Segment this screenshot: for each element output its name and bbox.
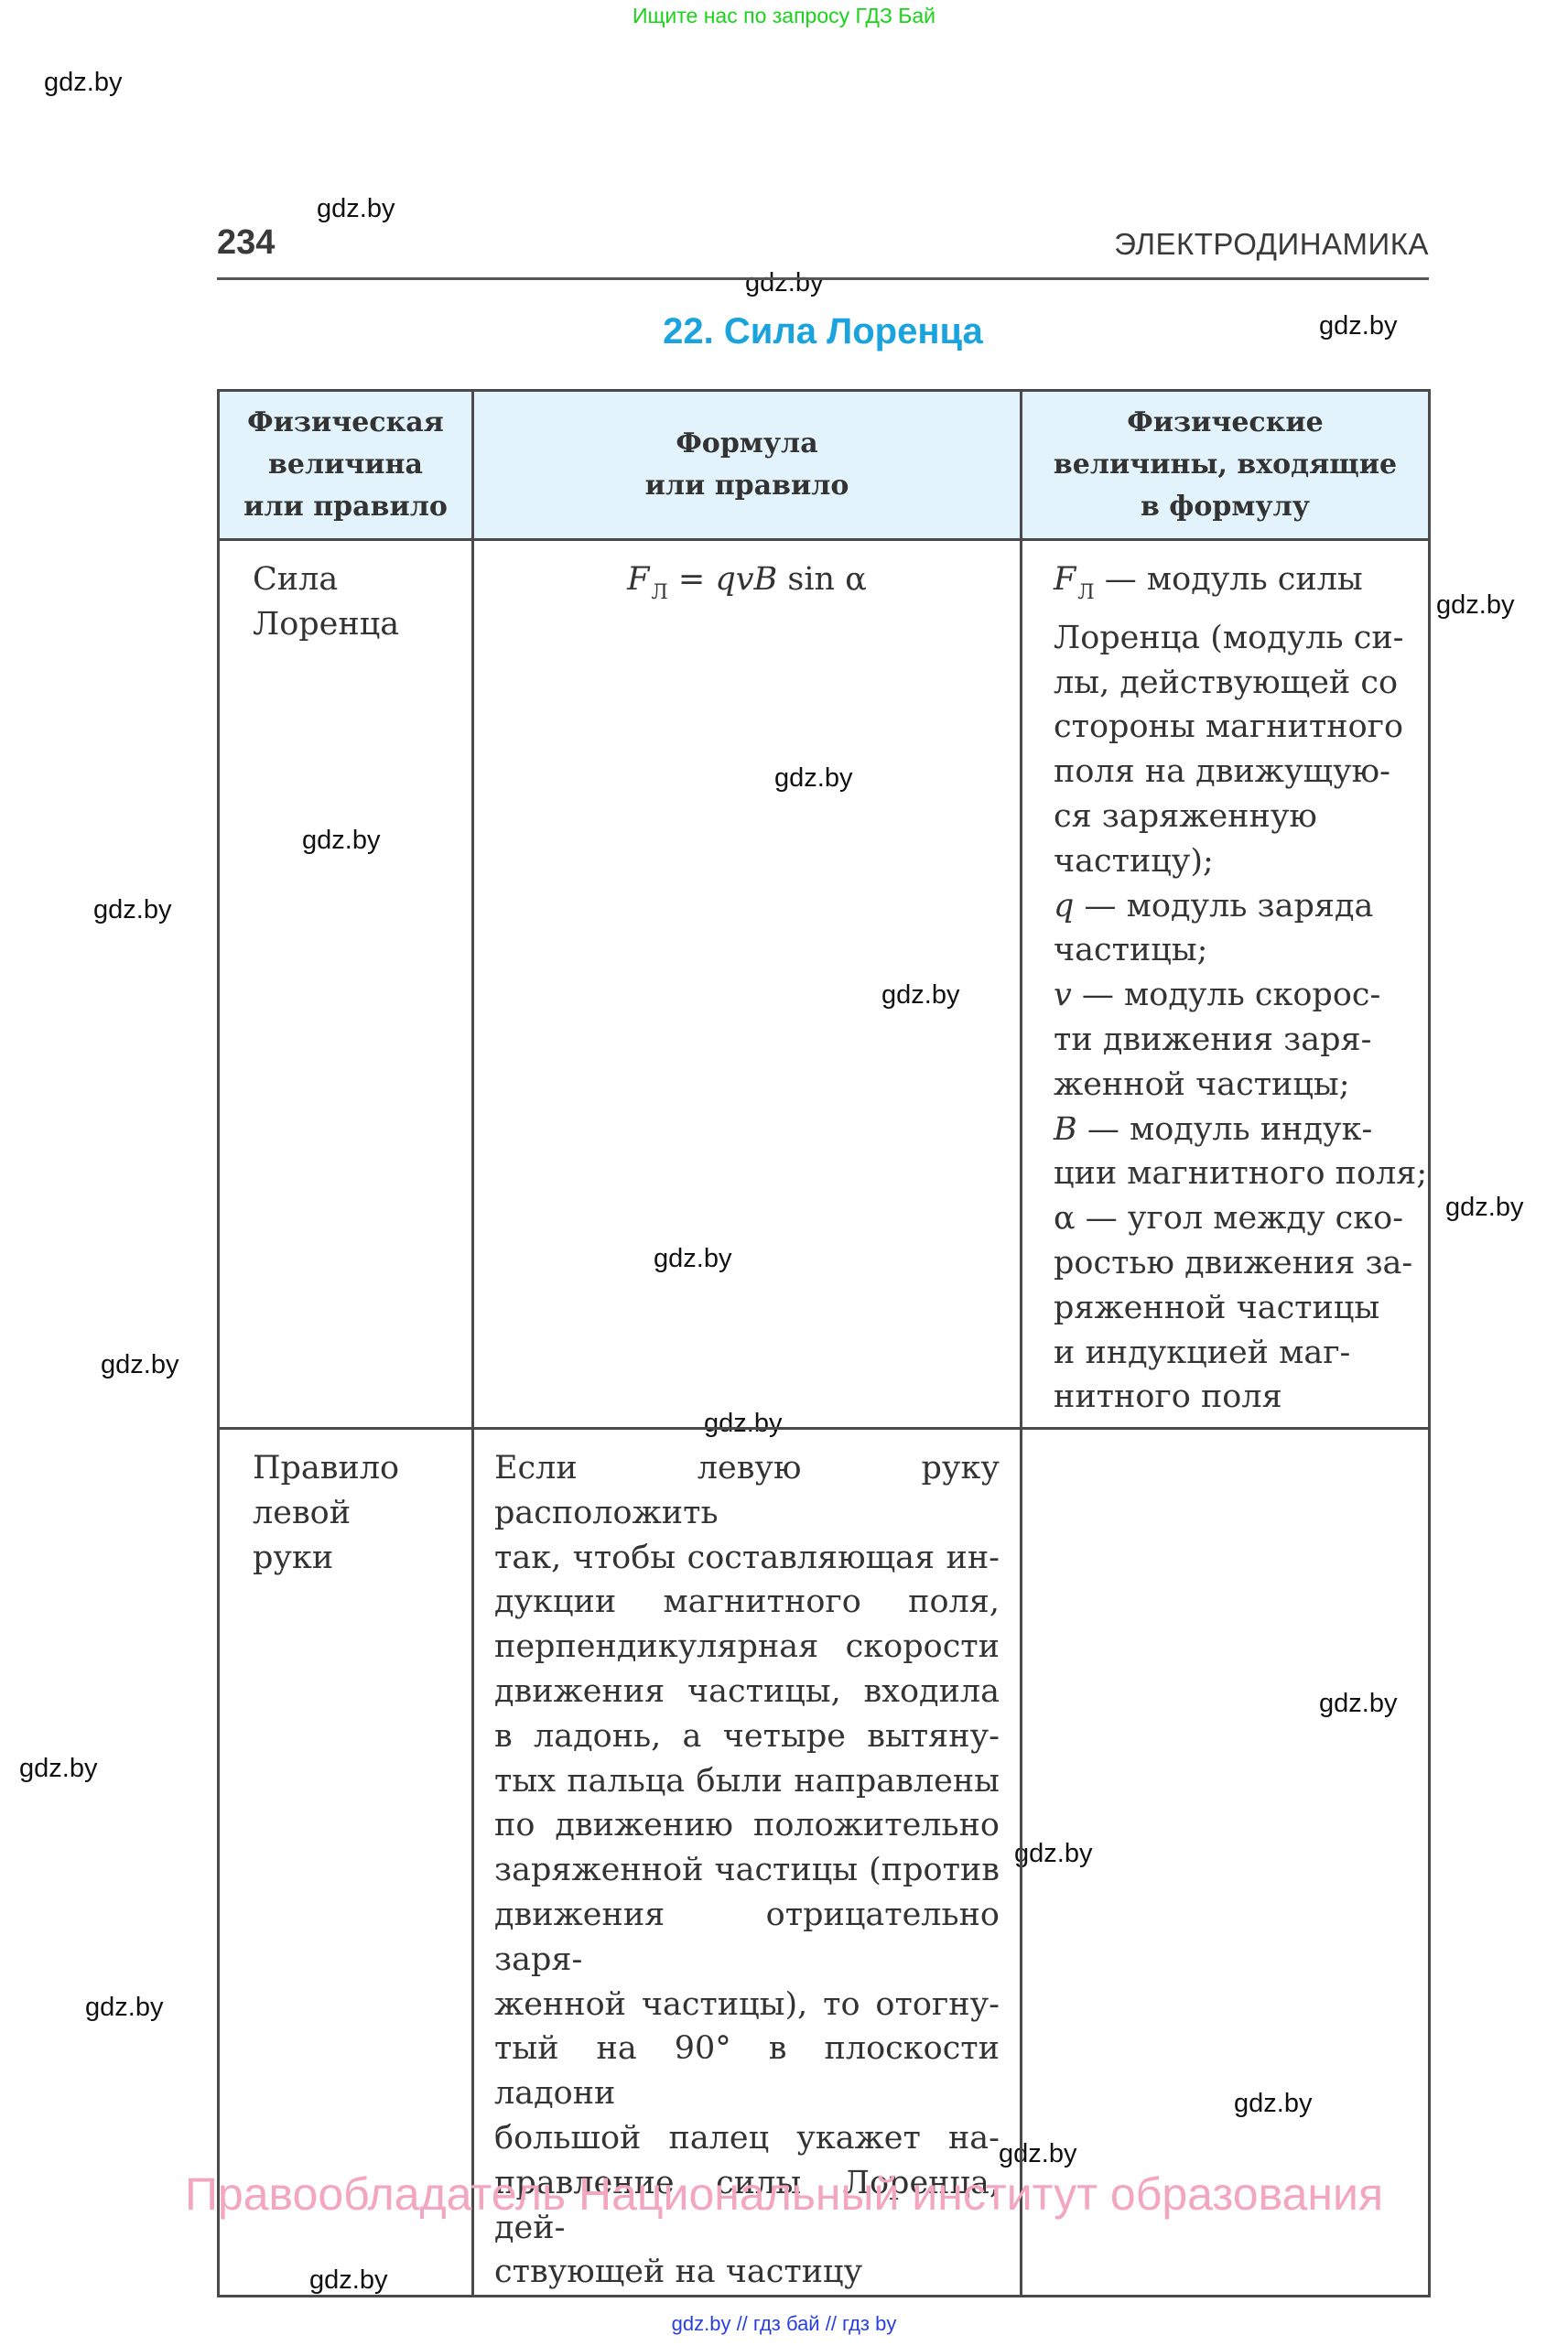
text-fragment: ции магнитного поля; (1054, 1151, 1428, 1196)
text-fragment: руки (253, 1536, 471, 1581)
formula-cell: FЛ = qvB sin α (473, 540, 1022, 1429)
text-fragment: qvB (715, 561, 777, 598)
text-fragment: перпендикулярная скорости (494, 1625, 1000, 1670)
text-fragment: — модуль скорос- (1072, 977, 1381, 1013)
header-rule (217, 277, 1429, 280)
column-header-formula: Формула или правило (473, 391, 1022, 540)
text-fragment: α (845, 561, 867, 598)
text-fragment: Л (1077, 581, 1094, 604)
text-fragment: — модуль заряда (1074, 888, 1373, 924)
watermark: gdz.by (85, 1993, 163, 2023)
text-fragment: частицу); (1054, 839, 1428, 884)
definition-velocity: v — модуль скорос- ти движения заря- жен… (1054, 973, 1428, 1107)
row-name-lorentz-force: Сила Лоренца (219, 540, 473, 1429)
text-fragment: частицы; (1054, 928, 1428, 973)
watermark: gdz.by (317, 194, 395, 224)
definition-induction: B — модуль индук- ции магнитного поля; (1054, 1108, 1428, 1197)
text-fragment: в ладонь, а четыре вытяну- (494, 1714, 1000, 1759)
definition-charge: q — модуль заряда частицы; (1054, 884, 1428, 974)
text-fragment: α — угол между ско- (1054, 1196, 1428, 1241)
column-header-quantity: Физическая величина или правило (219, 391, 473, 540)
text-fragment: sin (777, 561, 845, 598)
section-title: 22. Сила Лоренца (217, 311, 1429, 352)
lorentz-force-table: Физическая величина или правило Формула … (217, 389, 1431, 2297)
text-fragment: ся заряженную (1054, 795, 1428, 839)
text-fragment: или правило (474, 465, 1020, 507)
text-fragment: B (1054, 1111, 1077, 1148)
text-fragment: или правило (220, 486, 471, 528)
quantities-description: FЛ — модуль силы Лоренца (модуль си- лы,… (1022, 540, 1430, 1429)
empty-quantities-cell (1022, 1429, 1430, 2297)
text-fragment: дукции магнитного поля, (494, 1580, 1000, 1625)
text-fragment: левой (253, 1491, 471, 1536)
text-fragment: — модуль силы (1095, 561, 1363, 598)
text-fragment: Л (651, 581, 667, 604)
text-fragment: движения частицы, входила (494, 1670, 1000, 1714)
text-fragment: — угол между ско- (1076, 1200, 1403, 1237)
text-fragment: величина (220, 444, 471, 486)
text-fragment: F (1054, 561, 1076, 598)
row-name-left-hand-rule: Правило левой руки (219, 1429, 473, 2297)
text-fragment: Физические (1022, 402, 1428, 444)
text-fragment: женной частицы), то отогну- (494, 1983, 1000, 2027)
definition-angle: α — угол между ско- ростью движения за- … (1054, 1196, 1428, 1420)
text-fragment: в формулу (1022, 486, 1428, 528)
text-fragment: величины, входящие (1022, 444, 1428, 486)
column-header-quantities: Физические величины, входящие в формулу (1022, 391, 1430, 540)
search-banner: Ищите нас по запросу ГДЗ Бай (0, 4, 1568, 28)
text-fragment: тых пальца были направлены (494, 1759, 1000, 1804)
text-fragment: ростью движения за- (1054, 1241, 1428, 1286)
text-fragment: и индукцией маг- (1054, 1331, 1428, 1376)
text-fragment: Правило (253, 1446, 471, 1491)
table-row: Сила Лоренца FЛ = qvB sin α FЛ — модуль … (219, 540, 1430, 1429)
text-fragment: q — модуль заряда (1054, 884, 1428, 929)
text-fragment: по движению положительно (494, 1803, 1000, 1848)
text-fragment: Формула (474, 423, 1020, 465)
text-fragment: q (1054, 888, 1074, 924)
text-fragment: v (1054, 977, 1072, 1013)
text-fragment: Физическая (220, 402, 471, 444)
text-fragment: поля на движущую- (1054, 750, 1428, 795)
definition-force: FЛ — модуль силы Лоренца (модуль си- лы,… (1054, 557, 1428, 884)
watermark: gdz.by (44, 68, 122, 98)
text-fragment: лы, действующей со (1054, 661, 1428, 706)
running-head: ЭЛЕКТРОДИНАМИКА (1114, 227, 1429, 262)
left-hand-rule-text: Если левую руку расположить так, чтобы с… (473, 1429, 1022, 2297)
copyright-notice: Правообладатель Национальный институт об… (0, 2168, 1568, 2221)
text-fragment: — модуль индук- (1077, 1111, 1373, 1148)
watermark: gdz.by (93, 895, 171, 925)
text-fragment: ти движения заря- (1054, 1018, 1428, 1063)
text-fragment: стороны магнитного (1054, 705, 1428, 750)
text-fragment: Если левую руку расположить (494, 1446, 1000, 1536)
text-fragment: Сила Лоренца FЛ = qvB sin α FЛ — модуль … (219, 540, 1430, 2297)
table-row: Правило левой руки Если левую руку распо… (219, 1429, 1430, 2297)
text-fragment: женной частицы; (1054, 1063, 1428, 1108)
text-fragment: Физическая величина или правило Формула … (219, 391, 1430, 540)
table-header-row: Физическая величина или правило Формула … (219, 391, 1430, 540)
text-fragment: = (668, 561, 716, 598)
text-fragment: Лоренца (модуль си- (1054, 616, 1428, 661)
text-fragment: большой палец укажет на- (494, 2116, 1000, 2161)
text-fragment: Сила (253, 557, 471, 602)
text-fragment: v — модуль скорос- (1054, 973, 1428, 1018)
watermark: gdz.by (19, 1754, 97, 1784)
text-fragment: так, чтобы составляющая ин- (494, 1536, 1000, 1581)
lorentz-formula: FЛ = qvB sin α (627, 561, 867, 598)
text-fragment: ряженной частицы (1054, 1286, 1428, 1331)
text-fragment: Лоренца (253, 602, 471, 647)
watermark: gdz.by (745, 268, 823, 298)
text-fragment: FЛ — модуль силы (1054, 557, 1428, 616)
watermark: gdz.by (101, 1350, 178, 1380)
text-fragment: α (1054, 1200, 1076, 1237)
watermark: gdz.by (1445, 1193, 1523, 1223)
text-fragment: движения отрицательно заря- (494, 1893, 1000, 1983)
footer-links[interactable]: gdz.by // гдз бай // гдз by (0, 2312, 1568, 2336)
text-fragment: нитного поля (1054, 1375, 1428, 1420)
text-fragment: F (627, 561, 649, 598)
text-fragment: ствующей на частицу (494, 2250, 1000, 2295)
text-fragment: заряженной частицы (против (494, 1848, 1000, 1893)
text-fragment: тый на 90° в плоскости ладони (494, 2027, 1000, 2116)
watermark: gdz.by (1436, 590, 1514, 621)
text-fragment: B — модуль индук- (1054, 1108, 1428, 1152)
page-number: 234 (217, 223, 275, 263)
